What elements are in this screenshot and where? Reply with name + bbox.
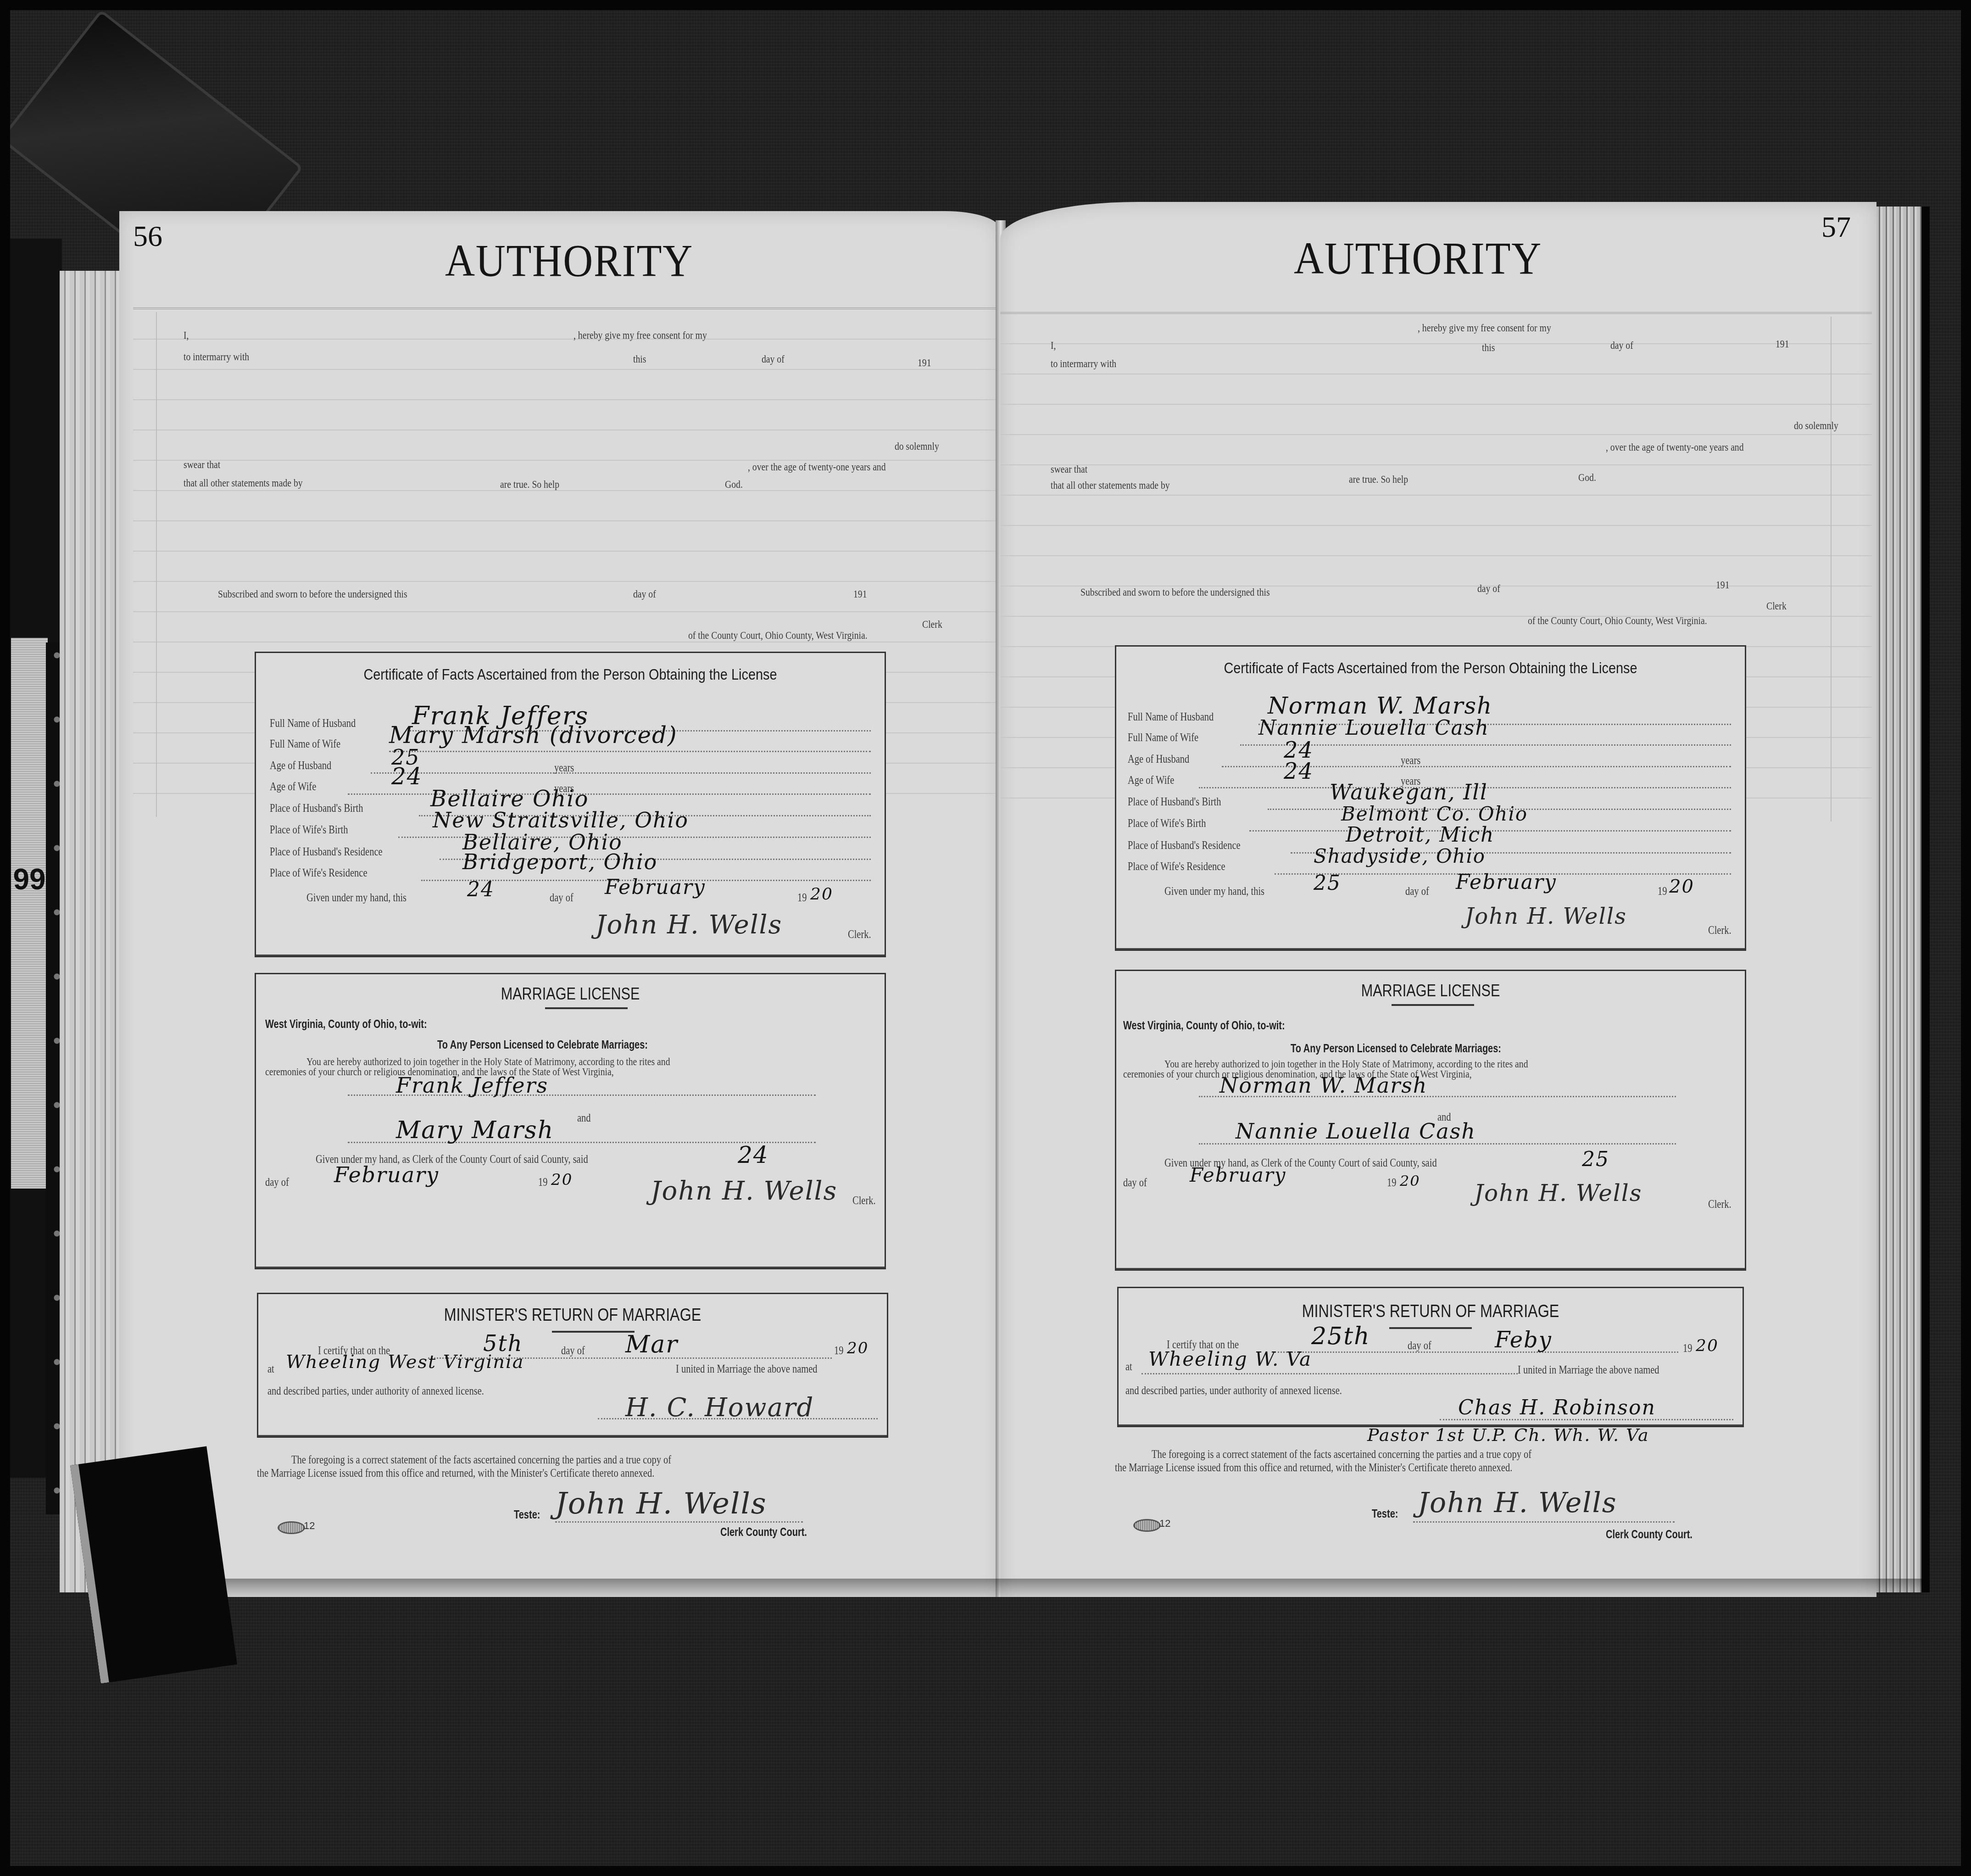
form-text: 191 — [1776, 338, 1789, 351]
year-value: 20 — [847, 1339, 869, 1357]
form-text: , over the age of twenty-one years and — [1606, 441, 1744, 454]
teste-label: Teste: — [1372, 1507, 1398, 1521]
license-party1: Norman W. Marsh — [1219, 1073, 1427, 1098]
form-text: I, — [1051, 340, 1056, 352]
year-prefix: 19 — [1658, 885, 1667, 898]
marriage-license-box: MARRIAGE LICENSE West Virginia, County o… — [1115, 970, 1746, 1271]
teste-signature: John H. Wells — [1418, 1487, 1617, 1519]
wife-residence-value: Bridgeport, Ohio — [462, 849, 657, 874]
clerk-signature: John H. Wells — [1474, 1180, 1642, 1206]
form-text: , hereby give my free consent for my — [573, 329, 707, 342]
wife-birthplace-value: Belmont Co. Ohio — [1341, 803, 1528, 825]
day-of-label: day of — [561, 1345, 585, 1357]
form-text: , hereby give my free consent for my — [1418, 322, 1551, 335]
ministers-return-box: MINISTER'S RETURN OF MARRIAGE I certify … — [1117, 1287, 1744, 1427]
clerk-county-court-label: Clerk County Court. — [1606, 1528, 1693, 1541]
field-label: Place of Husband's Residence — [270, 846, 383, 859]
form-text: 191 — [853, 588, 867, 601]
form-text: I, — [184, 329, 189, 342]
form-text: of the County Court, Ohio County, West V… — [688, 630, 868, 642]
form-text: do solemnly — [895, 441, 939, 453]
form-text: swear that — [1051, 463, 1087, 476]
wife-age-value: 24 — [1284, 759, 1314, 784]
year-value: 20 — [551, 1171, 573, 1189]
license-party2: Mary Marsh — [396, 1117, 554, 1144]
page-number: 57 — [1821, 210, 1851, 244]
form-text: are true. So help — [500, 479, 559, 491]
field-label: Place of Husband's Birth — [1128, 796, 1221, 809]
right-page-edges — [1876, 207, 1930, 1592]
spine-volume-number: 66 — [13, 858, 46, 899]
given-month-value: February — [1456, 871, 1557, 894]
year-value: 20 — [810, 885, 833, 904]
foregoing-statement: The foregoing is a correct statement of … — [1152, 1448, 1531, 1461]
spine-label — [11, 638, 48, 1189]
form-text: this — [1482, 342, 1495, 354]
field-label: Full Name of Wife — [270, 738, 340, 751]
license-party1: Frank Jeffers — [396, 1073, 548, 1098]
wife-residence-value: Shadyside, Ohio — [1314, 845, 1486, 867]
field-label: Full Name of Wife — [1128, 731, 1198, 744]
field-label: Full Name of Husband — [1128, 711, 1214, 724]
day-of-label: day of — [1408, 1340, 1431, 1352]
described-label: and described parties, under authority o… — [1125, 1385, 1342, 1397]
salutation-text: To Any Person Licensed to Celebrate Marr… — [437, 1038, 648, 1052]
foregoing-statement: The foregoing is a correct statement of … — [291, 1454, 671, 1467]
year-prefix: 19 — [538, 1176, 548, 1189]
form-text: that all other statements made by — [1051, 480, 1170, 492]
clerk-signature: John H. Wells — [651, 1176, 837, 1206]
given-day-value: 25 — [1314, 871, 1341, 895]
husband-residence-value: Detroit, Mich — [1346, 823, 1494, 847]
form-text: Subscribed and sworn to before the under… — [1080, 586, 1270, 599]
form-text: 191 — [1716, 579, 1730, 592]
husband-birthplace-value: Waukegan, Ill — [1330, 780, 1488, 804]
left-page-edges — [60, 271, 124, 1592]
given-day-value: 24 — [467, 878, 495, 901]
field-label: Place of Wife's Residence — [1128, 860, 1225, 873]
form-text: of the County Court, Ohio County, West V… — [1528, 615, 1707, 627]
wife-age-value: 24 — [391, 763, 423, 790]
given-month-value: February — [605, 876, 706, 899]
marriage-month-value: Feby — [1495, 1327, 1552, 1353]
marriage-month-value: Mar — [625, 1331, 678, 1358]
day-of-label: day of — [550, 892, 573, 904]
year-prefix: 19 — [1683, 1342, 1693, 1355]
field-label: Age of Husband — [270, 759, 331, 772]
form-text: God. — [725, 479, 743, 491]
given-month-value: February — [334, 1162, 439, 1187]
clerk-signature: John H. Wells — [1465, 904, 1627, 929]
certificate-of-facts-box: Certificate of Facts Ascertained from th… — [1115, 645, 1746, 951]
page-shadow — [133, 1579, 1922, 1597]
license-party2: Nannie Louella Cash — [1236, 1119, 1476, 1144]
page-title: AUTHORITY — [1294, 232, 1542, 285]
printer-seal-icon — [278, 1521, 305, 1534]
printer-seal-icon — [1133, 1519, 1161, 1532]
and-label: and — [577, 1112, 591, 1125]
field-label: Age of Husband — [1128, 753, 1189, 766]
wife-name-value: Nannie Louella Cash — [1258, 716, 1489, 740]
left-page: 56 AUTHORITY I, , hereby give my free co… — [119, 211, 1000, 1597]
day-of-label: day of — [265, 1176, 289, 1189]
day-of-label: day of — [1405, 885, 1429, 898]
husband-name-value: Norman W. Marsh — [1268, 692, 1492, 719]
described-label: and described parties, under authority o… — [267, 1385, 484, 1398]
minister-title: Pastor 1st U.P. Ch. Wh. W. Va — [1367, 1425, 1649, 1445]
form-text: to intermarry with — [184, 351, 249, 363]
printer-mark: 12 — [1159, 1518, 1170, 1530]
license-title: MARRIAGE LICENSE — [303, 984, 838, 1004]
field-label: Age of Wife — [270, 781, 316, 793]
year-value: 20 — [1696, 1336, 1719, 1355]
given-label: Given under my hand, this — [1164, 885, 1264, 898]
wife-name-value: Mary Marsh (divorced) — [389, 722, 678, 748]
clerk-label: Clerk. — [1708, 924, 1732, 937]
marriage-day-value: 25th — [1311, 1323, 1370, 1350]
clerk-label: Clerk. — [1708, 1198, 1732, 1211]
license-title: MARRIAGE LICENSE — [1164, 981, 1698, 1000]
margin-line — [156, 312, 157, 817]
margin-line — [1831, 317, 1832, 821]
given-day-value: 24 — [738, 1142, 769, 1168]
form-text: to intermarry with — [1051, 358, 1116, 370]
return-title: MINISTER'S RETURN OF MARRIAGE — [306, 1306, 840, 1325]
form-text: Clerk — [1766, 600, 1787, 613]
field-label: Place of Wife's Birth — [1128, 817, 1206, 830]
united-label: I united in Marriage the above named — [1518, 1364, 1659, 1377]
at-label: at — [1125, 1361, 1132, 1373]
field-label: Place of Husband's Birth — [270, 802, 363, 815]
year-value: 20 — [1400, 1172, 1420, 1189]
field-label: Place of Husband's Residence — [1128, 839, 1241, 852]
minister-signature: Chas H. Robinson — [1458, 1396, 1656, 1419]
united-label: I united in Marriage the above named — [676, 1363, 818, 1376]
form-text: day of — [762, 353, 785, 366]
page-number: 56 — [133, 219, 162, 253]
form-text: 191 — [918, 357, 931, 369]
form-text: day of — [633, 588, 656, 601]
form-text: day of — [1477, 583, 1500, 595]
page-title: AUTHORITY — [445, 234, 693, 287]
teste-signature: John H. Wells — [555, 1487, 767, 1521]
return-title: MINISTER'S RETURN OF MARRIAGE — [1165, 1302, 1696, 1322]
year-prefix: 19 — [1387, 1177, 1397, 1189]
foregoing-statement: the Marriage License issued from this of… — [257, 1467, 654, 1480]
field-label: Full Name of Husband — [270, 717, 356, 730]
at-label: at — [267, 1363, 274, 1376]
form-text: this — [633, 353, 646, 366]
form-text: swear that — [184, 459, 220, 471]
field-label: Place of Wife's Birth — [270, 824, 348, 837]
ministers-return-box: MINISTER'S RETURN OF MARRIAGE I certify … — [257, 1293, 888, 1438]
certificate-of-facts-box: Certificate of Facts Ascertained from th… — [255, 652, 886, 957]
marriage-place-value: Wheeling W. Va — [1148, 1348, 1312, 1370]
clerk-signature: John H. Wells — [596, 910, 782, 940]
marriage-license-box: MARRIAGE LICENSE West Virginia, County o… — [255, 973, 886, 1269]
form-text: day of — [1610, 340, 1633, 352]
form-text: , over the age of twenty-one years and — [748, 461, 886, 474]
form-text: God. — [1578, 472, 1596, 484]
marriage-place-value: Wheeling West Virginia — [286, 1351, 524, 1373]
form-text: are true. So help — [1349, 474, 1408, 486]
jurisdiction-text: West Virginia, County of Ohio, to-wit: — [1123, 1019, 1285, 1033]
form-text: do solemnly — [1794, 420, 1838, 432]
years-label: years — [1401, 754, 1420, 767]
certificate-title: Certificate of Facts Ascertained from th… — [303, 666, 838, 684]
clerk-label: Clerk. — [852, 1195, 876, 1207]
form-text: Clerk — [922, 619, 942, 631]
field-label: Place of Wife's Residence — [270, 867, 367, 880]
wife-birthplace-value: New Straitsville, Ohio — [433, 808, 689, 832]
field-label: Age of Wife — [1128, 774, 1174, 787]
teste-label: Teste: — [514, 1508, 540, 1522]
foregoing-statement: the Marriage License issued from this of… — [1115, 1462, 1512, 1474]
minister-signature: H. C. Howard — [625, 1393, 814, 1423]
form-text: that all other statements made by — [184, 477, 303, 490]
printer-mark: 12 — [304, 1520, 315, 1532]
day-of-label: day of — [1123, 1177, 1147, 1189]
given-month-value: February — [1190, 1164, 1286, 1186]
clerk-label: Clerk. — [848, 928, 871, 941]
given-label: Given under my hand, this — [306, 892, 406, 904]
jurisdiction-text: West Virginia, County of Ohio, to-wit: — [265, 1018, 427, 1031]
year-prefix: 19 — [797, 892, 807, 904]
year-value: 20 — [1669, 876, 1694, 897]
year-prefix: 19 — [834, 1345, 844, 1357]
salutation-text: To Any Person Licensed to Celebrate Marr… — [1291, 1042, 1501, 1055]
certificate-title: Certificate of Facts Ascertained from th… — [1164, 659, 1698, 677]
right-page: 57 AUTHORITY I, , hereby give my free co… — [1000, 202, 1876, 1597]
clerk-county-court-label: Clerk County Court. — [720, 1526, 807, 1539]
form-text: Subscribed and sworn to before the under… — [218, 588, 407, 601]
given-day-value: 25 — [1582, 1148, 1609, 1171]
years-label: years — [554, 762, 574, 775]
